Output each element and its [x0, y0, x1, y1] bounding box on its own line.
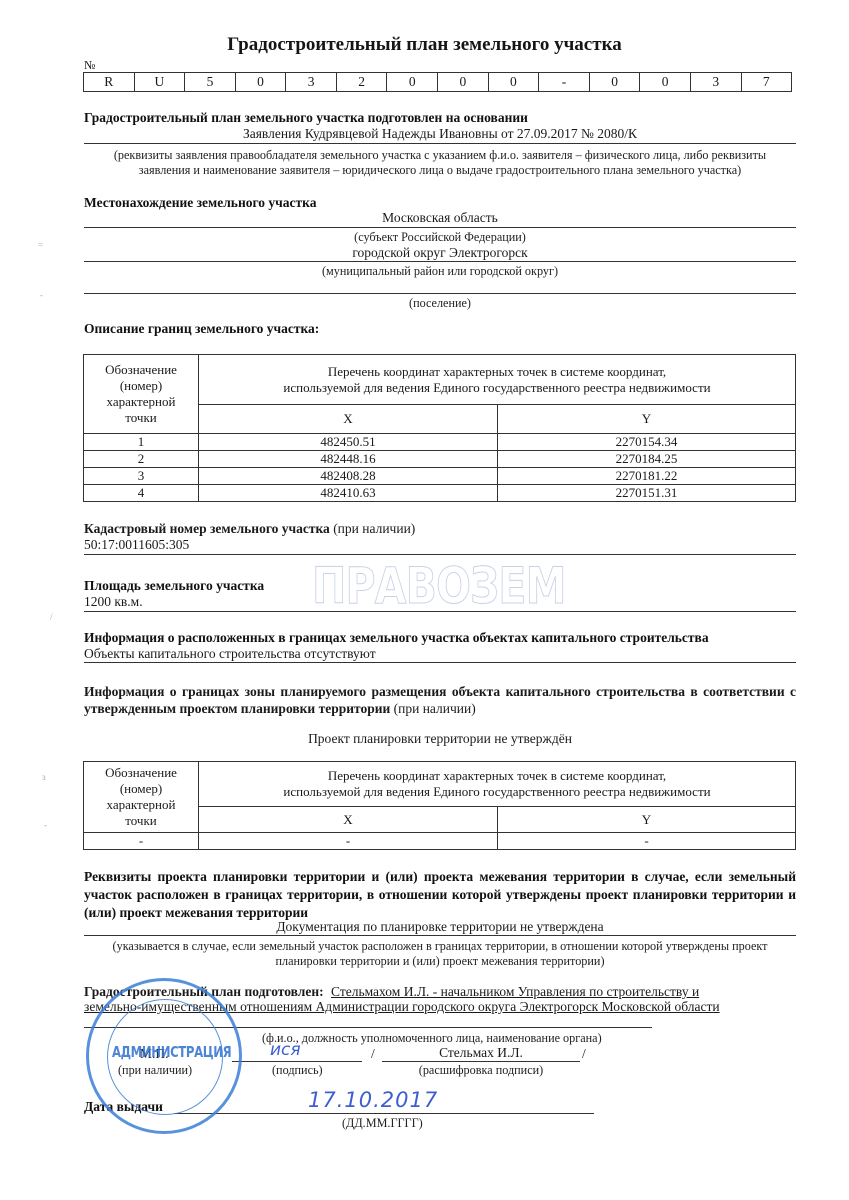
- settlement-caption: (поселение): [84, 296, 796, 311]
- signature-scribble: ися: [270, 1040, 301, 1060]
- divider: [84, 293, 796, 294]
- y-value: 2270154.34: [498, 434, 796, 451]
- point-number: 2: [84, 451, 199, 468]
- number-cell: U: [135, 73, 186, 91]
- planning-project-heading: Реквизиты проекта планировки территории …: [84, 868, 796, 922]
- subject-caption: (субъект Российской Федерации): [84, 230, 796, 245]
- signature-caption: (подпись): [272, 1063, 323, 1078]
- header-line: характерной: [84, 797, 198, 813]
- planning-project-caption-2: планировки территории и (или) проект меж…: [84, 954, 796, 969]
- table-row: 4 482410.63 2270151.31: [84, 485, 796, 502]
- planned-zone-status: Проект планировки территории не утверждё…: [84, 731, 796, 747]
- scan-mark: -: [40, 290, 43, 300]
- issue-date-caption: (ДД.ММ.ГГГГ): [342, 1116, 423, 1131]
- number-cell: 0: [640, 73, 691, 91]
- header-line: используемой для ведения Единого государ…: [199, 380, 795, 396]
- header-line: Обозначение: [84, 362, 198, 378]
- area-heading: Площадь земельного участка: [84, 578, 264, 594]
- district-value: городской округ Электрогорск: [84, 245, 796, 261]
- signer-name-caption: (расшифровка подписи): [382, 1063, 580, 1078]
- point-number: 3: [84, 468, 199, 485]
- issue-date-line: [174, 1113, 594, 1114]
- planned-zone-heading: Информация о границах зоны планируемого …: [84, 683, 796, 717]
- planning-project-value: Документация по планировке территории не…: [84, 919, 796, 935]
- basis-caption-2: заявления и наименование заявителя – юри…: [84, 163, 796, 178]
- x-column-header: X: [199, 807, 498, 833]
- planning-project-caption-1: (указывается в случае, если земельный уч…: [84, 939, 796, 954]
- point-number: -: [84, 833, 199, 850]
- table-row: 2 482448.16 2270184.25: [84, 451, 796, 468]
- issue-date-value: 17.10.2017: [308, 1088, 438, 1112]
- cadastral-number: 50:17:0011605:305: [84, 537, 189, 553]
- divider: [84, 662, 796, 663]
- name-line: [382, 1061, 580, 1062]
- number-cell: -: [539, 73, 590, 91]
- divider: [84, 554, 796, 555]
- x-value: 482450.51: [199, 434, 498, 451]
- stamp-text: АДМИНИСТРАЦИЯ: [112, 1043, 218, 1061]
- number-cell: 0: [590, 73, 641, 91]
- capital-objects-value: Объекты капитального строительства отсут…: [84, 646, 376, 662]
- subject-value: Московская область: [84, 210, 796, 226]
- x-column-header: X: [199, 405, 498, 434]
- separator: /: [371, 1046, 375, 1062]
- header-line: Обозначение: [84, 765, 198, 781]
- number-cell: 3: [691, 73, 742, 91]
- coordinates-header: Перечень координат характерных точек в с…: [199, 355, 796, 405]
- point-number: 4: [84, 485, 199, 502]
- basis-value: Заявления Кудрявцевой Надежды Ивановны о…: [84, 126, 796, 142]
- header-line: используемой для ведения Единого государ…: [199, 784, 795, 800]
- number-cell: 7: [742, 73, 792, 91]
- point-column-header: Обозначение (номер) характерной точки: [84, 762, 199, 833]
- divider: [84, 143, 796, 144]
- number-cell: 0: [387, 73, 438, 91]
- number-cell: 0: [489, 73, 540, 91]
- area-value: 1200 кв.м.: [84, 594, 143, 610]
- divider: [84, 227, 796, 228]
- boundary-coordinates-table: Обозначение (номер) характерной точки Пе…: [83, 354, 796, 502]
- x-value: 482410.63: [199, 485, 498, 502]
- official-stamp: АДМИНИСТРАЦИЯ: [86, 978, 242, 1134]
- header-line: (номер): [84, 378, 198, 394]
- planned-zone-heading-note: (при наличии): [390, 701, 475, 716]
- prepared-by-caption: (ф.и.о., должность уполномоченного лица,…: [262, 1031, 602, 1046]
- table-row: - - -: [84, 833, 796, 850]
- scan-mark: -: [44, 820, 47, 830]
- y-column-header: Y: [498, 807, 796, 833]
- cadastral-heading: Кадастровый номер земельного участка (пр…: [84, 521, 415, 537]
- header-line: (номер): [84, 781, 198, 797]
- district-caption: (муниципальный район или городской округ…: [84, 264, 796, 279]
- cadastral-heading-bold: Кадастровый номер земельного участка: [84, 521, 330, 536]
- number-cell: 3: [286, 73, 337, 91]
- location-heading: Местонахождение земельного участка: [84, 195, 316, 211]
- planned-zone-table: Обозначение (номер) характерной точки Пе…: [83, 761, 796, 850]
- x-value: -: [199, 833, 498, 850]
- point-column-header: Обозначение (номер) характерной точки: [84, 355, 199, 434]
- table-row: 1 482450.51 2270154.34: [84, 434, 796, 451]
- number-cell: 0: [236, 73, 287, 91]
- scan-mark: ɜ: [42, 772, 46, 782]
- number-cell: 5: [185, 73, 236, 91]
- signer-name: Стельмах И.Л.: [382, 1045, 580, 1061]
- y-value: 2270184.25: [498, 451, 796, 468]
- number-cell: R: [84, 73, 135, 91]
- header-line: точки: [84, 813, 198, 829]
- table-row: 3 482408.28 2270181.22: [84, 468, 796, 485]
- cadastral-heading-note: (при наличии): [330, 521, 415, 536]
- header-line: Перечень координат характерных точек в с…: [199, 364, 795, 380]
- watermark: ПРАВОЗЕМ: [312, 562, 566, 610]
- header-line: точки: [84, 410, 198, 426]
- boundaries-heading: Описание границ земельного участка:: [84, 321, 319, 337]
- header-line: характерной: [84, 394, 198, 410]
- capital-objects-heading: Информация о расположенных в границах зе…: [84, 630, 709, 646]
- y-value: 2270181.22: [498, 468, 796, 485]
- separator: /: [582, 1046, 586, 1062]
- signature-line: [232, 1061, 362, 1062]
- coordinates-header: Перечень координат характерных точек в с…: [199, 762, 796, 807]
- number-cell: 0: [438, 73, 489, 91]
- scan-mark: =: [38, 240, 43, 250]
- scan-mark: /: [50, 612, 53, 622]
- basis-heading: Градостроительный план земельного участк…: [84, 110, 528, 126]
- point-number: 1: [84, 434, 199, 451]
- document-title: Градостроительный план земельного участк…: [0, 34, 849, 56]
- prepared-by-value-1: Стельмахом И.Л. - начальником Управления…: [331, 984, 699, 999]
- number-cell: 2: [337, 73, 388, 91]
- y-value: -: [498, 833, 796, 850]
- y-value: 2270151.31: [498, 485, 796, 502]
- x-value: 482408.28: [199, 468, 498, 485]
- number-label: №: [84, 58, 95, 73]
- divider: [84, 611, 796, 612]
- plan-number-grid: R U 5 0 3 2 0 0 0 - 0 0 3 7: [83, 72, 792, 92]
- y-column-header: Y: [498, 405, 796, 434]
- basis-caption-1: (реквизиты заявления правообладателя зем…: [84, 148, 796, 163]
- divider: [84, 935, 796, 936]
- header-line: Перечень координат характерных точек в с…: [199, 768, 795, 784]
- divider: [84, 261, 796, 262]
- x-value: 482448.16: [199, 451, 498, 468]
